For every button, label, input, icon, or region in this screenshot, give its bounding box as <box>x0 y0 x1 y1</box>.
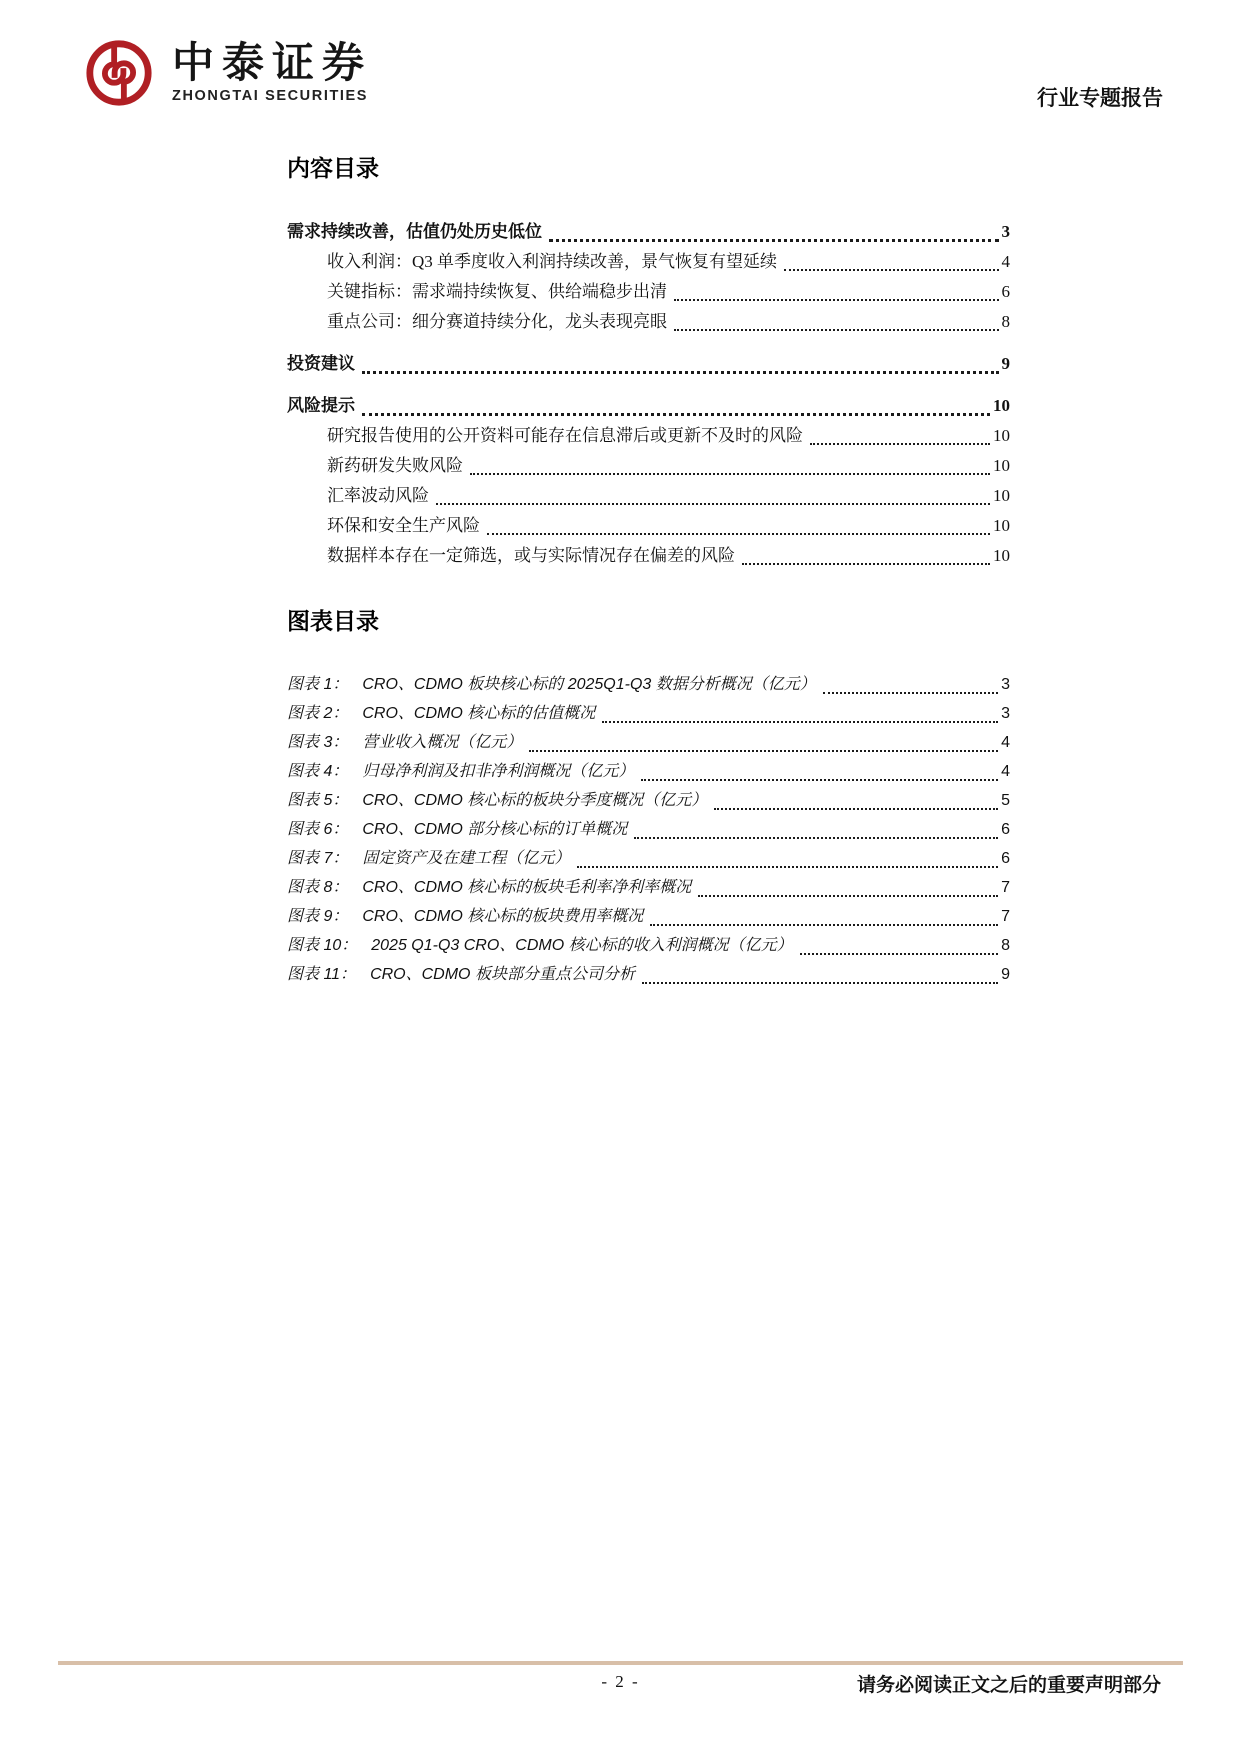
figure-entry-page: 4 <box>1001 757 1010 786</box>
figure-entry-title: 营业收入概况（亿元） <box>362 728 522 757</box>
toc-entry-label: 投资建议 <box>287 349 355 379</box>
toc-entry[interactable]: 风险提示 10 <box>287 391 1010 421</box>
figure-entry-title: CRO、CDMO 部分核心标的订单概况 <box>362 815 627 844</box>
toc-entry[interactable]: 环保和安全生产风险 10 <box>287 511 1010 541</box>
figure-entry-title: 归母净利润及扣非净利润概况（亿元） <box>362 757 634 786</box>
toc-entry[interactable]: 收入利润：Q3 单季度收入利润持续改善，景气恢复有望延续 4 <box>287 247 1010 277</box>
logo-en-name: ZHONGTAI SECURITIES <box>172 88 372 104</box>
dot-leader <box>742 563 990 565</box>
toc-entry-label: 风险提示 <box>287 391 355 421</box>
figure-entry-title: CRO、CDMO 核心标的板块毛利率净利率概况 <box>362 873 691 902</box>
figure-entry-number: 图表 7： <box>287 844 348 873</box>
toc-entry[interactable]: 重点公司：细分赛道持续分化，龙头表现亮眼 8 <box>287 307 1010 337</box>
figure-entry-title: 2025 Q1-Q3 CRO、CDMO 核心标的收入利润概况（亿元） <box>371 931 792 960</box>
toc-entry-page: 10 <box>993 421 1010 451</box>
figure-entry-title: CRO、CDMO 板块部分重点公司分析 <box>370 960 635 989</box>
figure-entry-number: 图表 2： <box>287 699 348 728</box>
dot-leader <box>674 329 999 331</box>
toc-entry-page: 4 <box>1002 247 1011 277</box>
figure-entry-number: 图表 8： <box>287 873 348 902</box>
toc-entry[interactable]: 汇率波动风险 10 <box>287 481 1010 511</box>
dot-leader <box>650 924 998 926</box>
figures-title: 图表目录 <box>287 603 1010 636</box>
figure-entry-page: 6 <box>1001 815 1010 844</box>
zhongtai-emblem-icon <box>84 38 154 108</box>
figure-entry-number: 图表 5： <box>287 786 348 815</box>
logo-cn-name: 中泰证券 <box>172 42 372 86</box>
toc-entry-page: 10 <box>993 391 1010 421</box>
dot-leader <box>529 750 998 752</box>
figure-entry[interactable]: 图表 8： CRO、CDMO 核心标的板块毛利率净利率概况 7 <box>287 873 1010 902</box>
toc-entry-label: 汇率波动风险 <box>327 481 429 511</box>
dot-leader <box>641 779 998 781</box>
toc-entry-page: 10 <box>993 451 1010 481</box>
toc-entry-label: 数据样本存在一定筛选，或与实际情况存在偏差的风险 <box>327 541 735 571</box>
dot-leader <box>577 866 998 868</box>
figure-entry-title: 固定资产及在建工程（亿元） <box>362 844 570 873</box>
toc-entry[interactable]: 研究报告使用的公开资料可能存在信息滞后或更新不及时的风险 10 <box>287 421 1010 451</box>
figure-entry[interactable]: 图表 7： 固定资产及在建工程（亿元） 6 <box>287 844 1010 873</box>
toc-entry[interactable]: 数据样本存在一定筛选，或与实际情况存在偏差的风险 10 <box>287 541 1010 571</box>
dot-leader <box>362 413 990 416</box>
toc-entry-label: 新药研发失败风险 <box>327 451 463 481</box>
report-page: 中泰证券 ZHONGTAI SECURITIES 行业专题报告 内容目录 需求持… <box>0 0 1241 1754</box>
figure-entry-number: 图表 10： <box>287 931 357 960</box>
figure-entry-number: 图表 1： <box>287 670 348 699</box>
figure-entry-number: 图表 3： <box>287 728 348 757</box>
toc-entry[interactable]: 需求持续改善，估值仍处历史低位 3 <box>287 217 1010 247</box>
toc-entry-page: 9 <box>1002 349 1011 379</box>
dot-leader <box>674 299 999 301</box>
toc-list: 需求持续改善，估值仍处历史低位 3 收入利润：Q3 单季度收入利润持续改善，景气… <box>287 217 1010 571</box>
dot-leader <box>800 953 998 955</box>
logo-text: 中泰证券 ZHONGTAI SECURITIES <box>172 42 372 104</box>
content-column: 内容目录 需求持续改善，估值仍处历史低位 3 收入利润：Q3 单季度收入利润持续… <box>287 150 1010 989</box>
figure-entry-page: 3 <box>1001 670 1010 699</box>
figure-entry-title: CRO、CDMO 核心标的板块费用率概况 <box>362 902 643 931</box>
page-header: 中泰证券 ZHONGTAI SECURITIES 行业专题报告 <box>84 38 1163 112</box>
figure-entry-page: 9 <box>1001 960 1010 989</box>
toc-entry-label: 重点公司：细分赛道持续分化，龙头表现亮眼 <box>327 307 667 337</box>
figure-entry[interactable]: 图表 2： CRO、CDMO 核心标的估值概况 3 <box>287 699 1010 728</box>
figure-entry[interactable]: 图表 11： CRO、CDMO 板块部分重点公司分析 9 <box>287 960 1010 989</box>
footer-disclaimer: 请务必阅读正文之后的重要声明部分 <box>857 1670 1161 1697</box>
figure-entry-title: CRO、CDMO 核心标的估值概况 <box>362 699 595 728</box>
toc-entry-page: 10 <box>993 481 1010 511</box>
figure-entry[interactable]: 图表 1： CRO、CDMO 板块核心标的 2025Q1-Q3 数据分析概况（亿… <box>287 670 1010 699</box>
figure-entry-page: 8 <box>1001 931 1010 960</box>
figures-block: 图表目录 图表 1： CRO、CDMO 板块核心标的 2025Q1-Q3 数据分… <box>287 603 1010 989</box>
dot-leader <box>823 692 998 694</box>
figure-entry-page: 3 <box>1001 699 1010 728</box>
dot-leader <box>549 239 999 242</box>
toc-entry-page: 10 <box>993 511 1010 541</box>
toc-entry[interactable]: 关键指标：需求端持续恢复、供给端稳步出清 6 <box>287 277 1010 307</box>
zhongtai-logo: 中泰证券 ZHONGTAI SECURITIES <box>84 38 372 108</box>
dot-leader <box>698 895 998 897</box>
toc-entry-label: 需求持续改善，估值仍处历史低位 <box>287 217 542 247</box>
toc-entry-page: 10 <box>993 541 1010 571</box>
toc-entry-label: 关键指标：需求端持续恢复、供给端稳步出清 <box>327 277 667 307</box>
figure-entry-number: 图表 4： <box>287 757 348 786</box>
figure-entry-number: 图表 11： <box>287 960 356 989</box>
toc-entry-label: 研究报告使用的公开资料可能存在信息滞后或更新不及时的风险 <box>327 421 803 451</box>
figure-entry[interactable]: 图表 3： 营业收入概况（亿元） 4 <box>287 728 1010 757</box>
toc-entry[interactable]: 投资建议 9 <box>287 349 1010 379</box>
figure-entry[interactable]: 图表 10： 2025 Q1-Q3 CRO、CDMO 核心标的收入利润概况（亿元… <box>287 931 1010 960</box>
toc-entry-label: 收入利润：Q3 单季度收入利润持续改善，景气恢复有望延续 <box>327 247 777 277</box>
figure-entry[interactable]: 图表 5： CRO、CDMO 核心标的板块分季度概况（亿元） 5 <box>287 786 1010 815</box>
toc-entry-page: 6 <box>1002 277 1011 307</box>
figure-entry-title: CRO、CDMO 核心标的板块分季度概况（亿元） <box>362 786 707 815</box>
figure-entry-page: 7 <box>1001 873 1010 902</box>
dot-leader <box>362 371 999 374</box>
figure-entry-number: 图表 9： <box>287 902 348 931</box>
dot-leader <box>714 808 998 810</box>
dot-leader <box>470 473 990 475</box>
dot-leader <box>602 721 998 723</box>
dot-leader <box>634 837 998 839</box>
dot-leader <box>810 443 990 445</box>
toc-title: 内容目录 <box>287 150 1010 183</box>
figure-entry-page: 7 <box>1001 902 1010 931</box>
toc-entry-page: 3 <box>1002 217 1011 247</box>
report-type-label: 行业专题报告 <box>1037 82 1163 112</box>
figure-entry[interactable]: 图表 9： CRO、CDMO 核心标的板块费用率概况 7 <box>287 902 1010 931</box>
figure-entry-page: 5 <box>1001 786 1010 815</box>
dot-leader <box>784 269 998 271</box>
dot-leader <box>487 533 990 535</box>
figure-entry-page: 4 <box>1001 728 1010 757</box>
figure-entry-page: 6 <box>1001 844 1010 873</box>
figure-list: 图表 1： CRO、CDMO 板块核心标的 2025Q1-Q3 数据分析概况（亿… <box>287 670 1010 989</box>
figure-entry-title: CRO、CDMO 板块核心标的 2025Q1-Q3 数据分析概况（亿元） <box>362 670 815 699</box>
footer-divider <box>58 1661 1183 1665</box>
figure-entry[interactable]: 图表 6： CRO、CDMO 部分核心标的订单概况 6 <box>287 815 1010 844</box>
dot-leader <box>436 503 990 505</box>
figure-entry[interactable]: 图表 4： 归母净利润及扣非净利润概况（亿元） 4 <box>287 757 1010 786</box>
toc-entry-page: 8 <box>1002 307 1011 337</box>
toc-entry[interactable]: 新药研发失败风险 10 <box>287 451 1010 481</box>
toc-entry-label: 环保和安全生产风险 <box>327 511 480 541</box>
figure-entry-number: 图表 6： <box>287 815 348 844</box>
dot-leader <box>642 982 998 984</box>
